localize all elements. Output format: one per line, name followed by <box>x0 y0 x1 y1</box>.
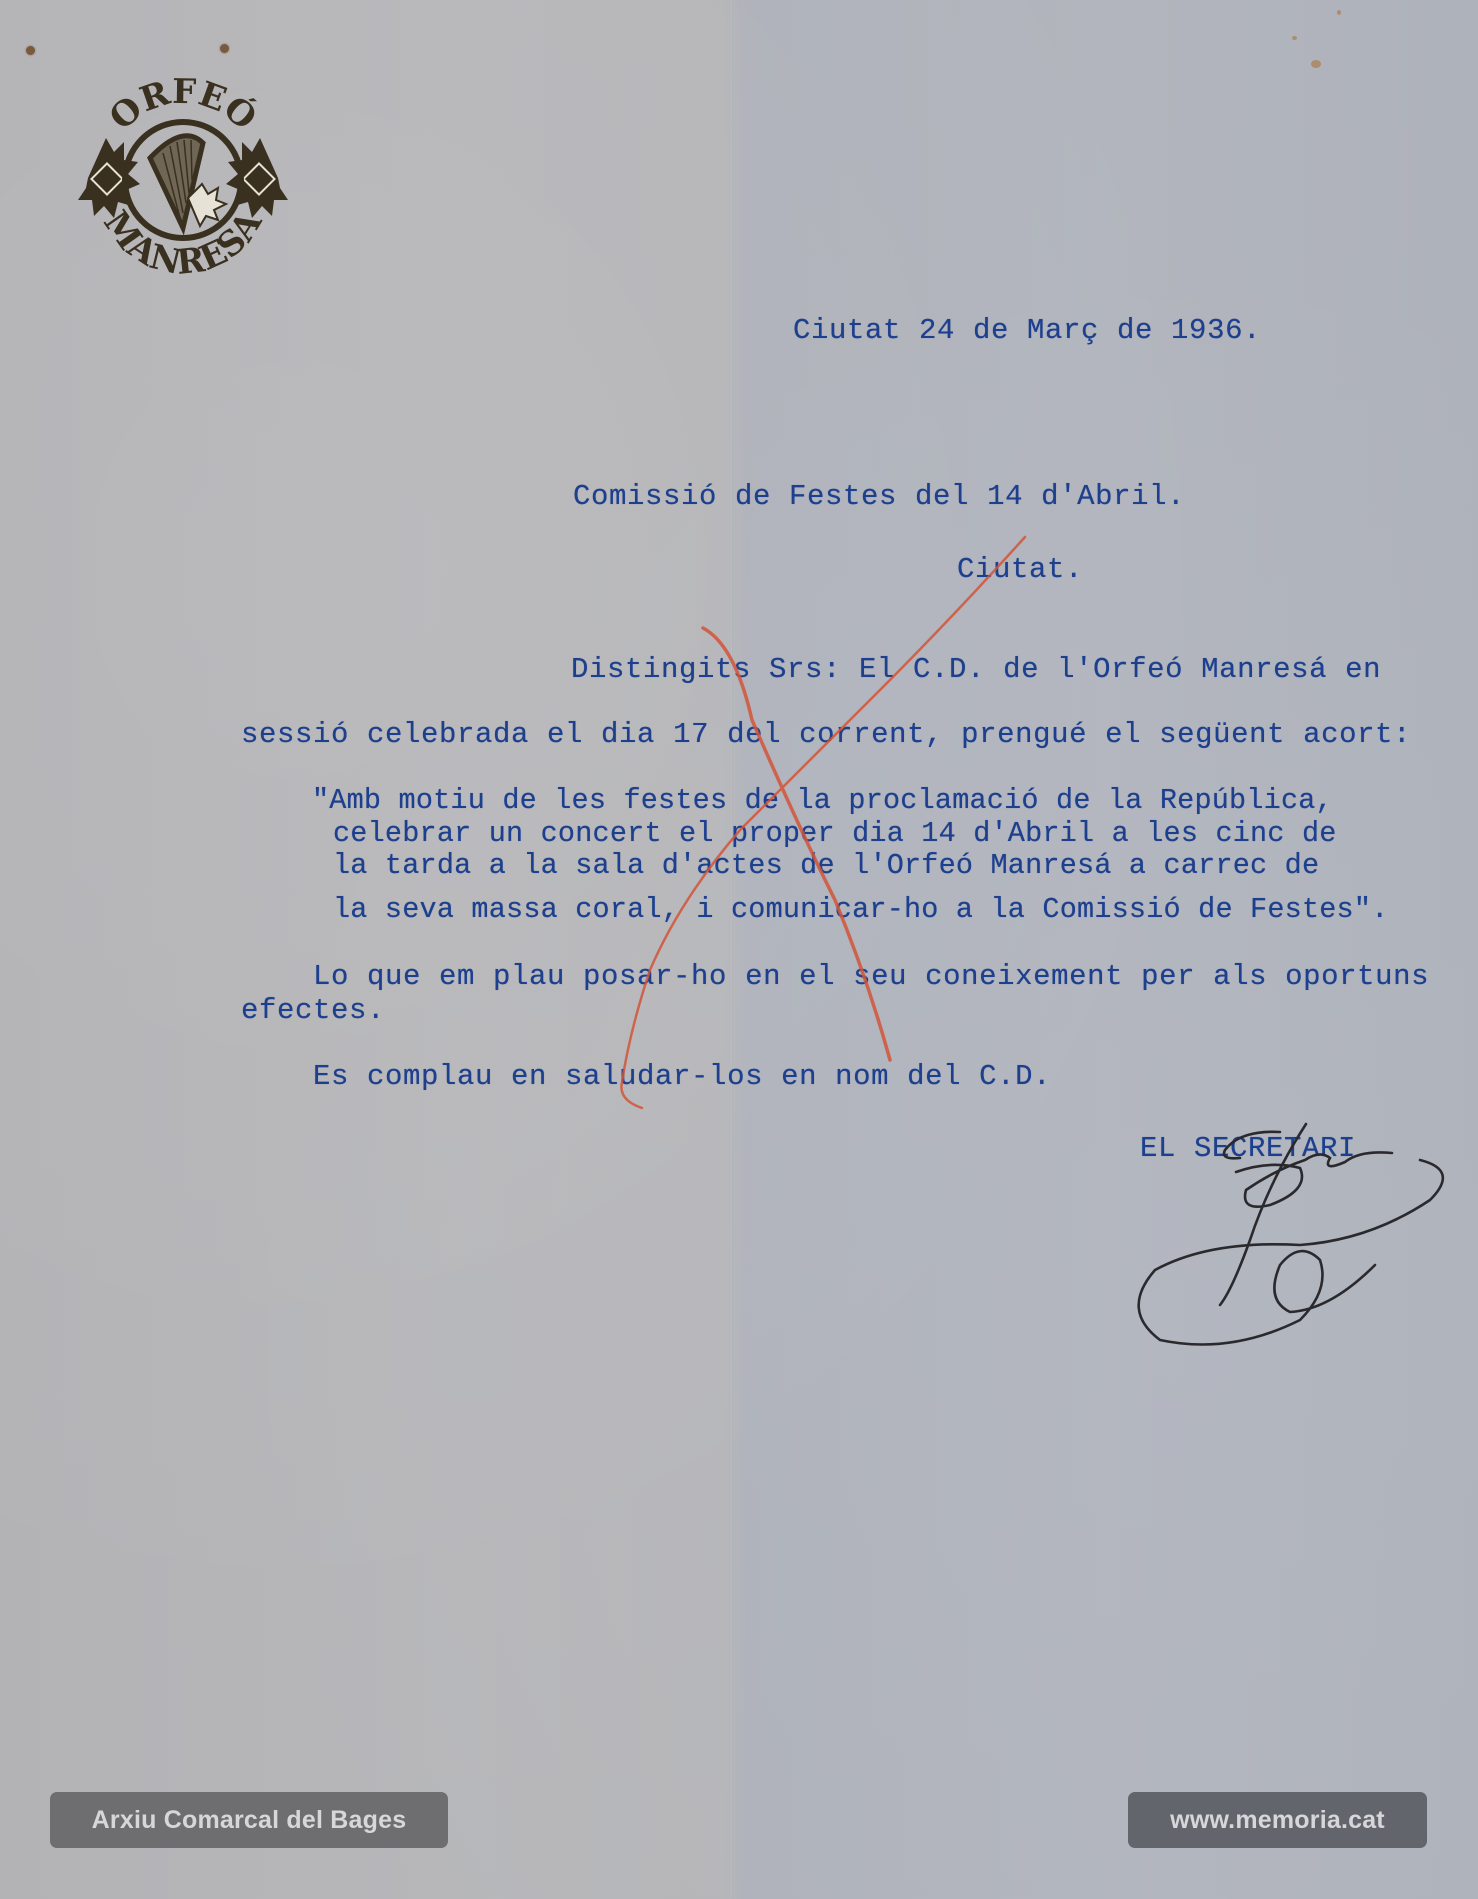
rust-stain <box>1311 60 1321 68</box>
recipient-city: Ciutat. <box>957 555 1083 584</box>
date-line: Ciutat 24 de Març de 1936. <box>793 316 1261 345</box>
website-watermark-badge[interactable]: www.memoria.cat <box>1128 1792 1427 1848</box>
body-line: efectes. <box>241 996 385 1025</box>
rust-stain <box>1337 10 1341 15</box>
archive-watermark-badge: Arxiu Comarcal del Bages <box>50 1792 448 1848</box>
logo-top-text: ORFEÓ <box>102 72 265 138</box>
punch-hole-mark <box>26 46 35 55</box>
punch-hole-mark <box>220 44 229 53</box>
quote-line: celebrar un concert el proper dia 14 d'A… <box>333 820 1337 849</box>
closing-line: Es complau en saludar-los en nom del C.D… <box>313 1062 1051 1091</box>
salutation-line: Distingits Srs: El C.D. de l'Orfeó Manre… <box>571 655 1381 684</box>
signature-title: EL SECRETARI <box>1140 1134 1356 1163</box>
orfeo-manresa-logo: ORFEÓ MANRESA <box>68 68 298 288</box>
harp-emblem-icon: ORFEÓ MANRESA <box>68 68 298 288</box>
quote-line: la seva massa coral, i comunicar-ho a la… <box>333 896 1388 925</box>
recipient-line: Comissió de Festes del 14 d'Abril. <box>573 482 1185 511</box>
quote-line: "Amb motiu de les festes de la proclamac… <box>312 787 1333 816</box>
body-line: Lo que em plau posar-ho en el seu coneix… <box>313 962 1429 991</box>
body-line: sessió celebrada el dia 17 del corrent, … <box>241 720 1411 749</box>
paper-fold-line <box>731 0 733 1899</box>
rust-stain <box>1292 36 1297 40</box>
quote-line: la tarda a la sala d'actes de l'Orfeó Ma… <box>333 852 1319 881</box>
